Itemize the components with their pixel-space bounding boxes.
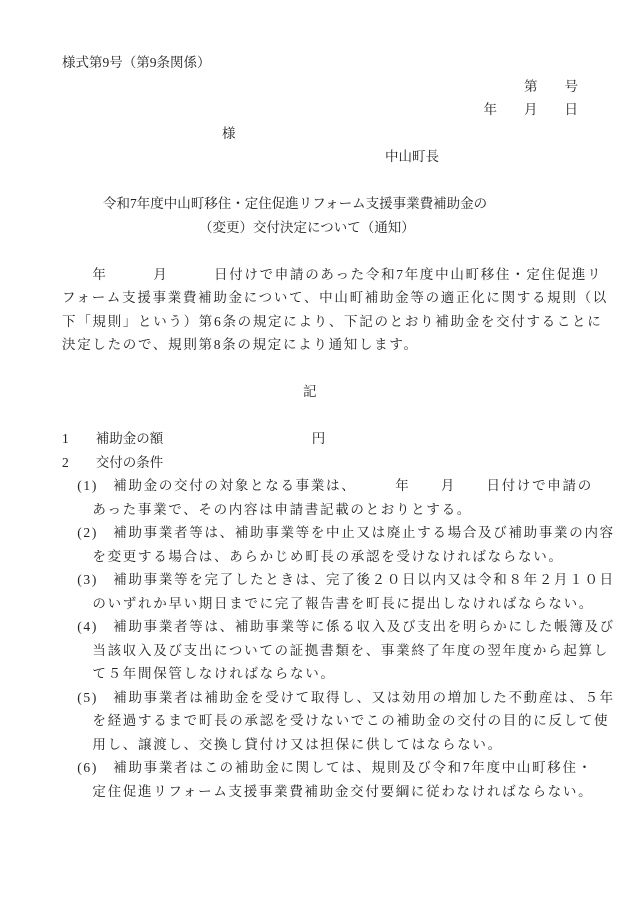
- condition-line: のいずれか早い期日までに完了報告書を町長に提出しなければならない。: [62, 592, 613, 616]
- form-number-label: 様式第9号（第9条関係）: [62, 51, 613, 75]
- condition-line: 当該収入及び支出についての証拠書類を、事業終了年度の翌年度から起算し: [62, 639, 613, 663]
- blank-line: [62, 357, 613, 381]
- condition-line: (2) 補助事業者等は、補助事業等を中止又は廃止する場合及び補助事業の内容: [62, 521, 613, 545]
- condition-line: を経過するまで町長の承認を受けないでこの補助金の交付の目的に反して使: [62, 709, 613, 733]
- blank-line: [62, 404, 613, 428]
- condition-line: (6) 補助事業者はこの補助金に関しては、規則及び令和7年度中山町移住・: [62, 756, 613, 780]
- blank-line: [62, 169, 613, 193]
- section-marker: 記: [62, 380, 613, 404]
- blank-line: [62, 239, 613, 263]
- condition-line: あった事業で、その内容は申請書記載のとおりとする。: [62, 498, 613, 522]
- conditions-heading: 2 交付の条件: [62, 451, 613, 475]
- document-page: 様式第9号（第9条関係） 第 号 年 月 日 様 中山町長 令和7年度中山町移住…: [0, 0, 630, 903]
- subsidy-amount-line: 1 補助金の額 円: [62, 427, 613, 451]
- condition-line: (5) 補助事業者は補助金を受けて取得し、又は効用の増加した不動産は、５年: [62, 686, 613, 710]
- body-line: 下「規則」という）第6条の規定により、下記のとおり補助金を交付することに: [62, 310, 613, 334]
- addressee-line: 様: [62, 122, 613, 146]
- sender-line: 中山町長: [62, 145, 613, 169]
- condition-line: 用し、譲渡し、交換し貸付け又は担保に供してはならない。: [62, 733, 613, 757]
- condition-line: (3) 補助事業等を完了したときは、完了後２０日以内又は令和８年２月１０日: [62, 568, 613, 592]
- condition-line: を変更する場合は、あらかじめ町長の承認を受けなければならない。: [62, 545, 613, 569]
- condition-line: 定住促進リフォーム支援事業費補助金交付要綱に従わなければならない。: [62, 780, 613, 804]
- body-line: フォーム支援事業費補助金について、中山町補助金等の適正化に関する規則（以: [62, 286, 613, 310]
- body-line: 決定したので、規則第8条の規定により通知します。: [62, 333, 613, 357]
- date-line: 年 月 日: [62, 98, 613, 122]
- document-number-line: 第 号: [62, 75, 613, 99]
- condition-line: (4) 補助事業者等は、補助事業等に係る収入及び支出を明らかにした帳簿及び: [62, 615, 613, 639]
- condition-line: て５年間保管しなければならない。: [62, 662, 613, 686]
- body-line: 年 月 日付けで申請のあった令和7年度中山町移住・定住促進リ: [62, 263, 613, 287]
- condition-line: (1) 補助金の交付の対象となる事業は、 年 月 日付けで申請の: [62, 474, 613, 498]
- title-line-1: 令和7年度中山町移住・定住促進リフォーム支援事業費補助金の: [62, 192, 613, 216]
- title-line-2: （変更）交付決定について（通知）: [62, 216, 613, 240]
